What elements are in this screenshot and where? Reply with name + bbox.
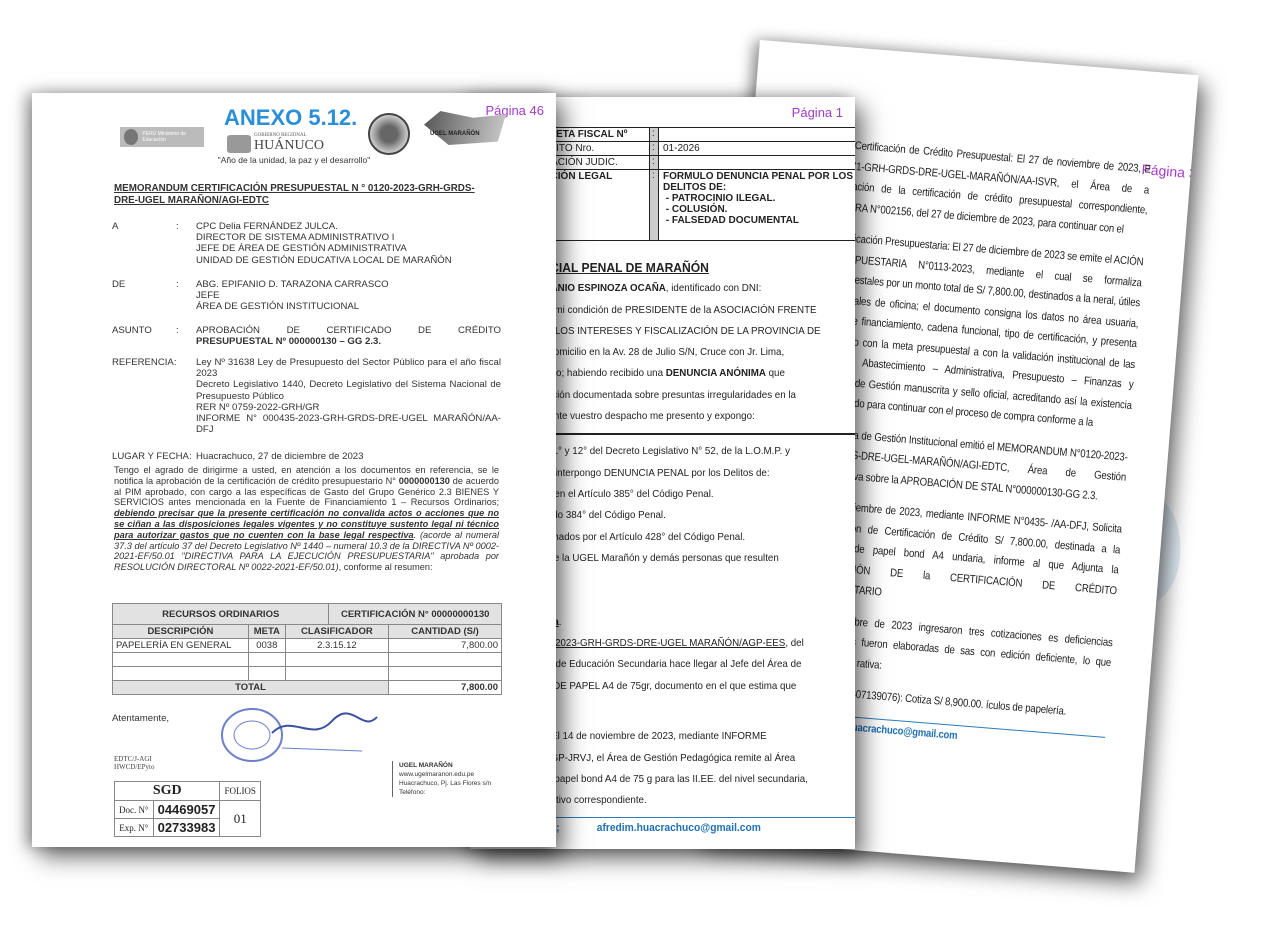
initials: EDTC/J-AGIHWCD/EPyto <box>114 755 154 771</box>
sgd-stamp: SGDFOLIOS Doc. N°0446905701 Exp. N°02733… <box>114 781 261 837</box>
complaint-heading: VINCIAL PENAL DE MARAÑÓN <box>530 257 855 278</box>
ugel-footer: UGEL MARAÑÓN www.ugelmaranon.edu.pe Huac… <box>392 761 491 797</box>
minedu-logo: PERÚ Ministerio de Educación <box>120 127 204 147</box>
memo-title: MEMORANDUM CERTIFICACIÓN PRESUPUESTAL N … <box>114 183 494 207</box>
closing: Atentamente, <box>112 713 169 724</box>
case-header-table: ARPETA FISCAL Nº: SCRITO Nro.:01-2026 IT… <box>530 127 855 241</box>
seal-logo <box>368 113 410 155</box>
paragraph: e Certificación Presupuestaria: El 27 de… <box>810 227 1144 437</box>
budget-summary-table: RECURSOS ORDINARIOSCERTIFICACIÓN N° 0000… <box>112 603 502 695</box>
paragraph: n de Certificación de Crédito Presupuest… <box>826 134 1151 241</box>
ugel-maranon-logo: UGEL MARAÑÓN <box>424 111 506 149</box>
complaint-body: VINCIAL PENAL DE MARAÑÓN MELANIO ESPINOZ… <box>530 257 855 840</box>
doc-number: 04469057 <box>153 801 220 819</box>
table-row: PAPELERÍA EN GENERAL 0038 2.3.15.12 7,80… <box>113 639 502 653</box>
header-value: 01-2026 <box>659 142 856 156</box>
motto: "Año de la unidad, la paz y el desarroll… <box>32 155 556 165</box>
page-number-label: Página 1 <box>792 105 843 120</box>
divider <box>530 433 855 435</box>
legal-petition: FORMULO DENUNCIA PENAL POR LOS DELITOS D… <box>659 170 856 241</box>
emblem-icon <box>227 135 251 153</box>
signature-stamp <box>212 703 382 773</box>
exp-number: 02733983 <box>153 819 220 837</box>
shield-icon <box>124 129 138 145</box>
field-reference: REFERENCIA: Ley Nº 31638 Ley de Presupue… <box>112 357 501 435</box>
table-row <box>113 667 502 681</box>
contact-email: afredim.huacrachuco@gmail.com <box>597 818 761 839</box>
contact-footer: 4-264; afredim.huacrachuco@gmail.com <box>530 817 855 839</box>
gore-huanuco-logo: GOBIERNO REGIONAL HUÁNUCO <box>227 133 324 154</box>
total-value: 7,800.00 <box>389 681 502 695</box>
document-page-46: Página 46 ANEXO 5.12. PERÚ Ministerio de… <box>32 93 556 847</box>
field-from: DE: ABG. EPIFANIO D. TARAZONA CARRASCOJE… <box>112 279 496 313</box>
memo-body: Tengo el agrado de dirigirme a usted, en… <box>114 465 499 573</box>
field-place-date: LUGAR Y FECHA: Huacrachuco, 27 de diciem… <box>112 451 496 462</box>
annex-title: ANEXO 5.12. <box>224 105 357 131</box>
field-to: A: CPC Delia FERNÁNDEZ JULCA.DIRECTOR DE… <box>112 221 496 266</box>
field-subject: ASUNTO: APROBACIÓN DE CERTIFICADO DE CRÉ… <box>112 325 501 347</box>
table-row <box>113 653 502 667</box>
